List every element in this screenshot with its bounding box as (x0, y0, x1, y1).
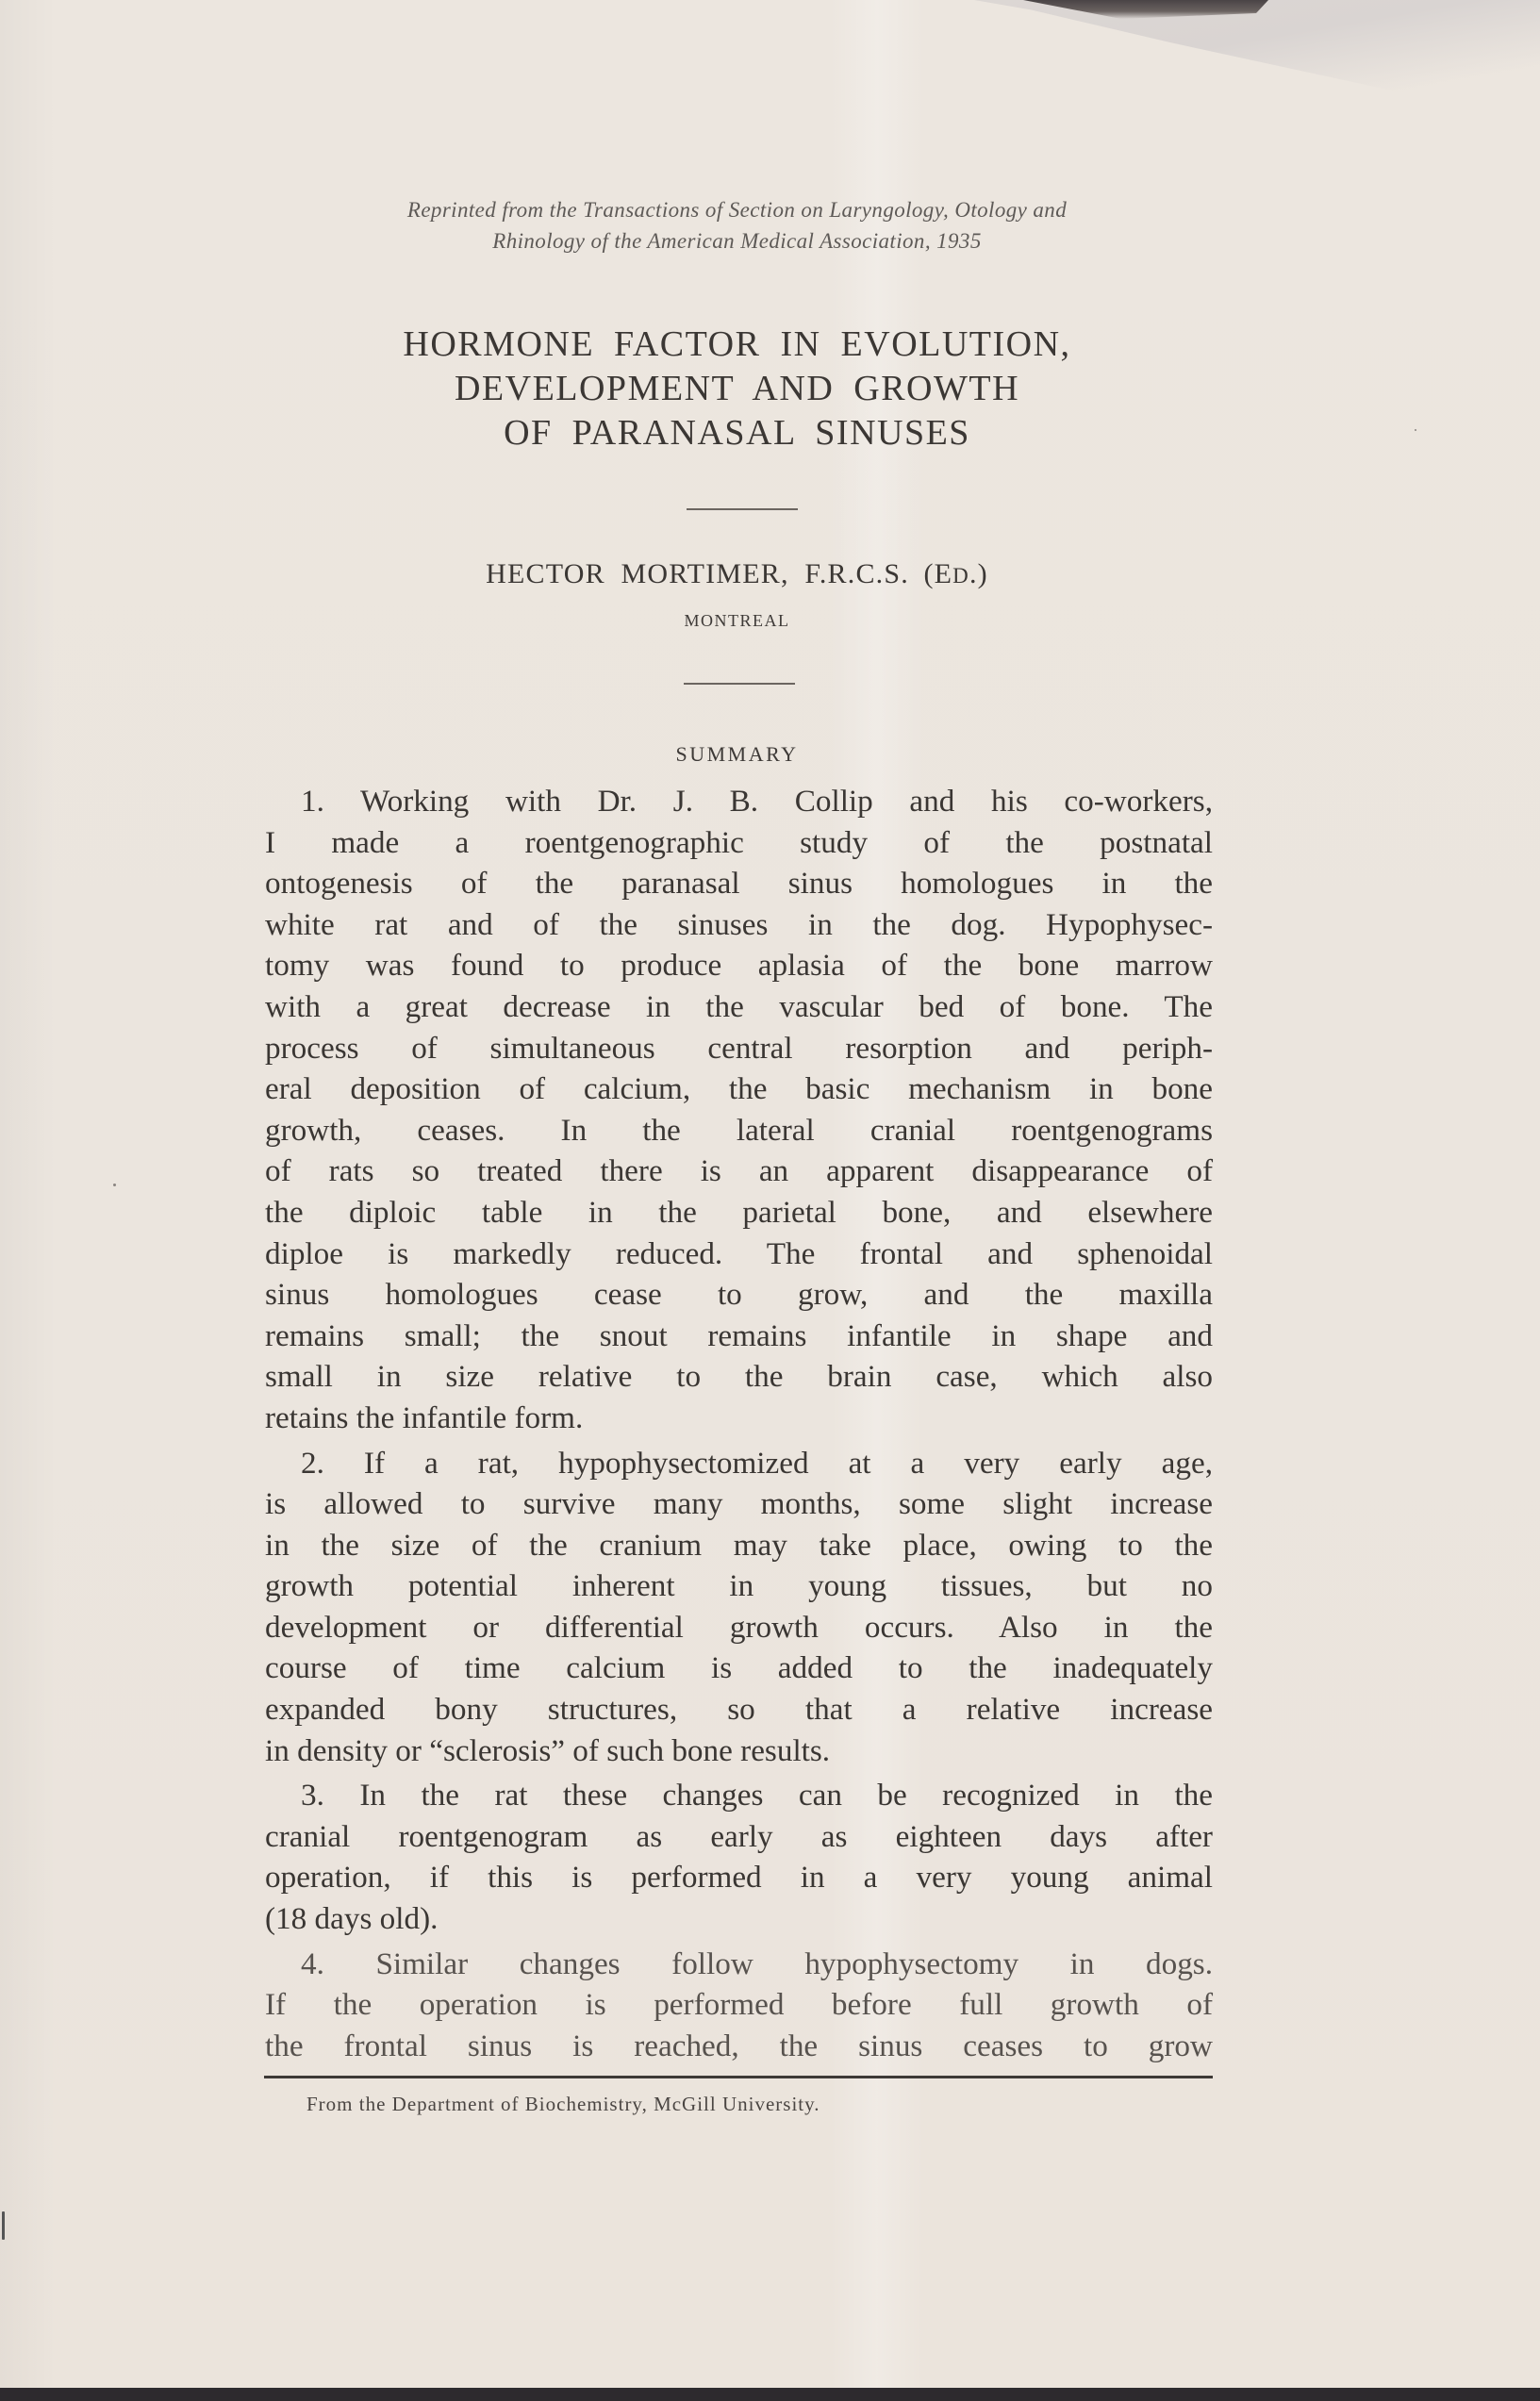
reprint-note: Reprinted from the Transactions of Secti… (0, 194, 1474, 257)
title-line-1: HORMONE FACTOR IN EVOLUTION, (0, 323, 1474, 367)
folded-corner (974, 0, 1540, 123)
text-line: 3. In the rat these changes can be recog… (265, 1775, 1213, 1816)
paragraph-1: 1. Working with Dr. J. B. Collip and his… (265, 781, 1213, 1439)
text-line: of rats so treated there is an apparent … (265, 1151, 1213, 1192)
text-line: expanded bony structures, so that a rela… (265, 1689, 1213, 1730)
text-line: growth potential inherent in young tissu… (265, 1565, 1213, 1607)
text-line: in density or “sclerosis” of such bone r… (265, 1730, 1213, 1772)
text-line: I made a roentgenographic study of the p… (265, 822, 1213, 864)
footnote-rule (264, 2076, 1213, 2078)
text-line: eral deposition of calcium, the basic me… (265, 1068, 1213, 1110)
title-divider (687, 508, 798, 510)
text-line: process of simultaneous central resorpti… (265, 1028, 1213, 1069)
paragraph-4: 4. Similar changes follow hypophysectomy… (265, 1944, 1213, 2067)
text-line: is allowed to survive many months, some … (265, 1483, 1213, 1525)
section-heading: SUMMARY (0, 742, 1474, 767)
paragraph-3: 3. In the rat these changes can be recog… (265, 1775, 1213, 1939)
paragraph-2: 2. If a rat, hypophysectomized at a very… (265, 1443, 1213, 1772)
author-degree-small: D (952, 564, 969, 588)
text-line: 2. If a rat, hypophysectomized at a very… (265, 1443, 1213, 1484)
scan-bottom-edge (0, 2388, 1540, 2401)
text-line: the diploic table in the parietal bone, … (265, 1192, 1213, 1234)
author-degree-close: .) (969, 558, 988, 589)
paper-page: Reprinted from the Transactions of Secti… (0, 0, 1540, 2388)
author-credentials: F.R.C.S. (804, 558, 909, 589)
paper-edge-mark (2, 2211, 5, 2240)
text-line: course of time calcium is added to the i… (265, 1648, 1213, 1689)
author-line: HECTOR MORTIMER, F.R.C.S. (ED.) (0, 558, 1474, 590)
text-line: diploe is markedly reduced. The frontal … (265, 1234, 1213, 1275)
text-line: small in size relative to the brain case… (265, 1356, 1213, 1398)
text-line: remains small; the snout remains infanti… (265, 1316, 1213, 1357)
text-line: tomy was found to produce aplasia of the… (265, 945, 1213, 986)
text-line: ontogenesis of the paranasal sinus homol… (265, 863, 1213, 904)
author-divider (684, 683, 795, 685)
text-line: with a great decrease in the vascular be… (265, 986, 1213, 1028)
text-line: (18 days old). (265, 1898, 1213, 1940)
text-line: development or differential growth occur… (265, 1607, 1213, 1648)
text-line: the frontal sinus is reached, the sinus … (265, 2026, 1213, 2067)
reprint-note-line-1: Reprinted from the Transactions of Secti… (0, 194, 1474, 225)
text-line: operation, if this is performed in a ver… (265, 1857, 1213, 1898)
reprint-note-line-2: Rhinology of the American Medical Associ… (0, 225, 1474, 257)
author-degree-open: (E (923, 558, 952, 589)
author-location: MONTREAL (0, 611, 1474, 631)
text-line: 1. Working with Dr. J. B. Collip and his… (265, 781, 1213, 822)
text-line: retains the infantile form. (265, 1398, 1213, 1439)
summary-body: 1. Working with Dr. J. B. Collip and his… (265, 781, 1213, 2066)
text-line: 4. Similar changes follow hypophysectomy… (265, 1944, 1213, 1985)
title-line-3: OF PARANASAL SINUSES (0, 411, 1474, 455)
paper-speck (1415, 429, 1416, 431)
title-line-2: DEVELOPMENT AND GROWTH (0, 367, 1474, 411)
text-line: in the size of the cranium may take plac… (265, 1525, 1213, 1566)
article-title: HORMONE FACTOR IN EVOLUTION, DEVELOPMENT… (0, 323, 1474, 455)
text-line: cranial roentgenogram as early as eighte… (265, 1816, 1213, 1858)
author-name: HECTOR MORTIMER, (486, 558, 789, 589)
text-line: growth, ceases. In the lateral cranial r… (265, 1110, 1213, 1151)
footnote: From the Department of Biochemistry, McG… (306, 2093, 820, 2116)
text-line: sinus homologues cease to grow, and the … (265, 1274, 1213, 1316)
text-line: white rat and of the sinuses in the dog.… (265, 904, 1213, 946)
paper-speck (113, 1184, 116, 1186)
text-line: If the operation is performed before ful… (265, 1984, 1213, 2026)
